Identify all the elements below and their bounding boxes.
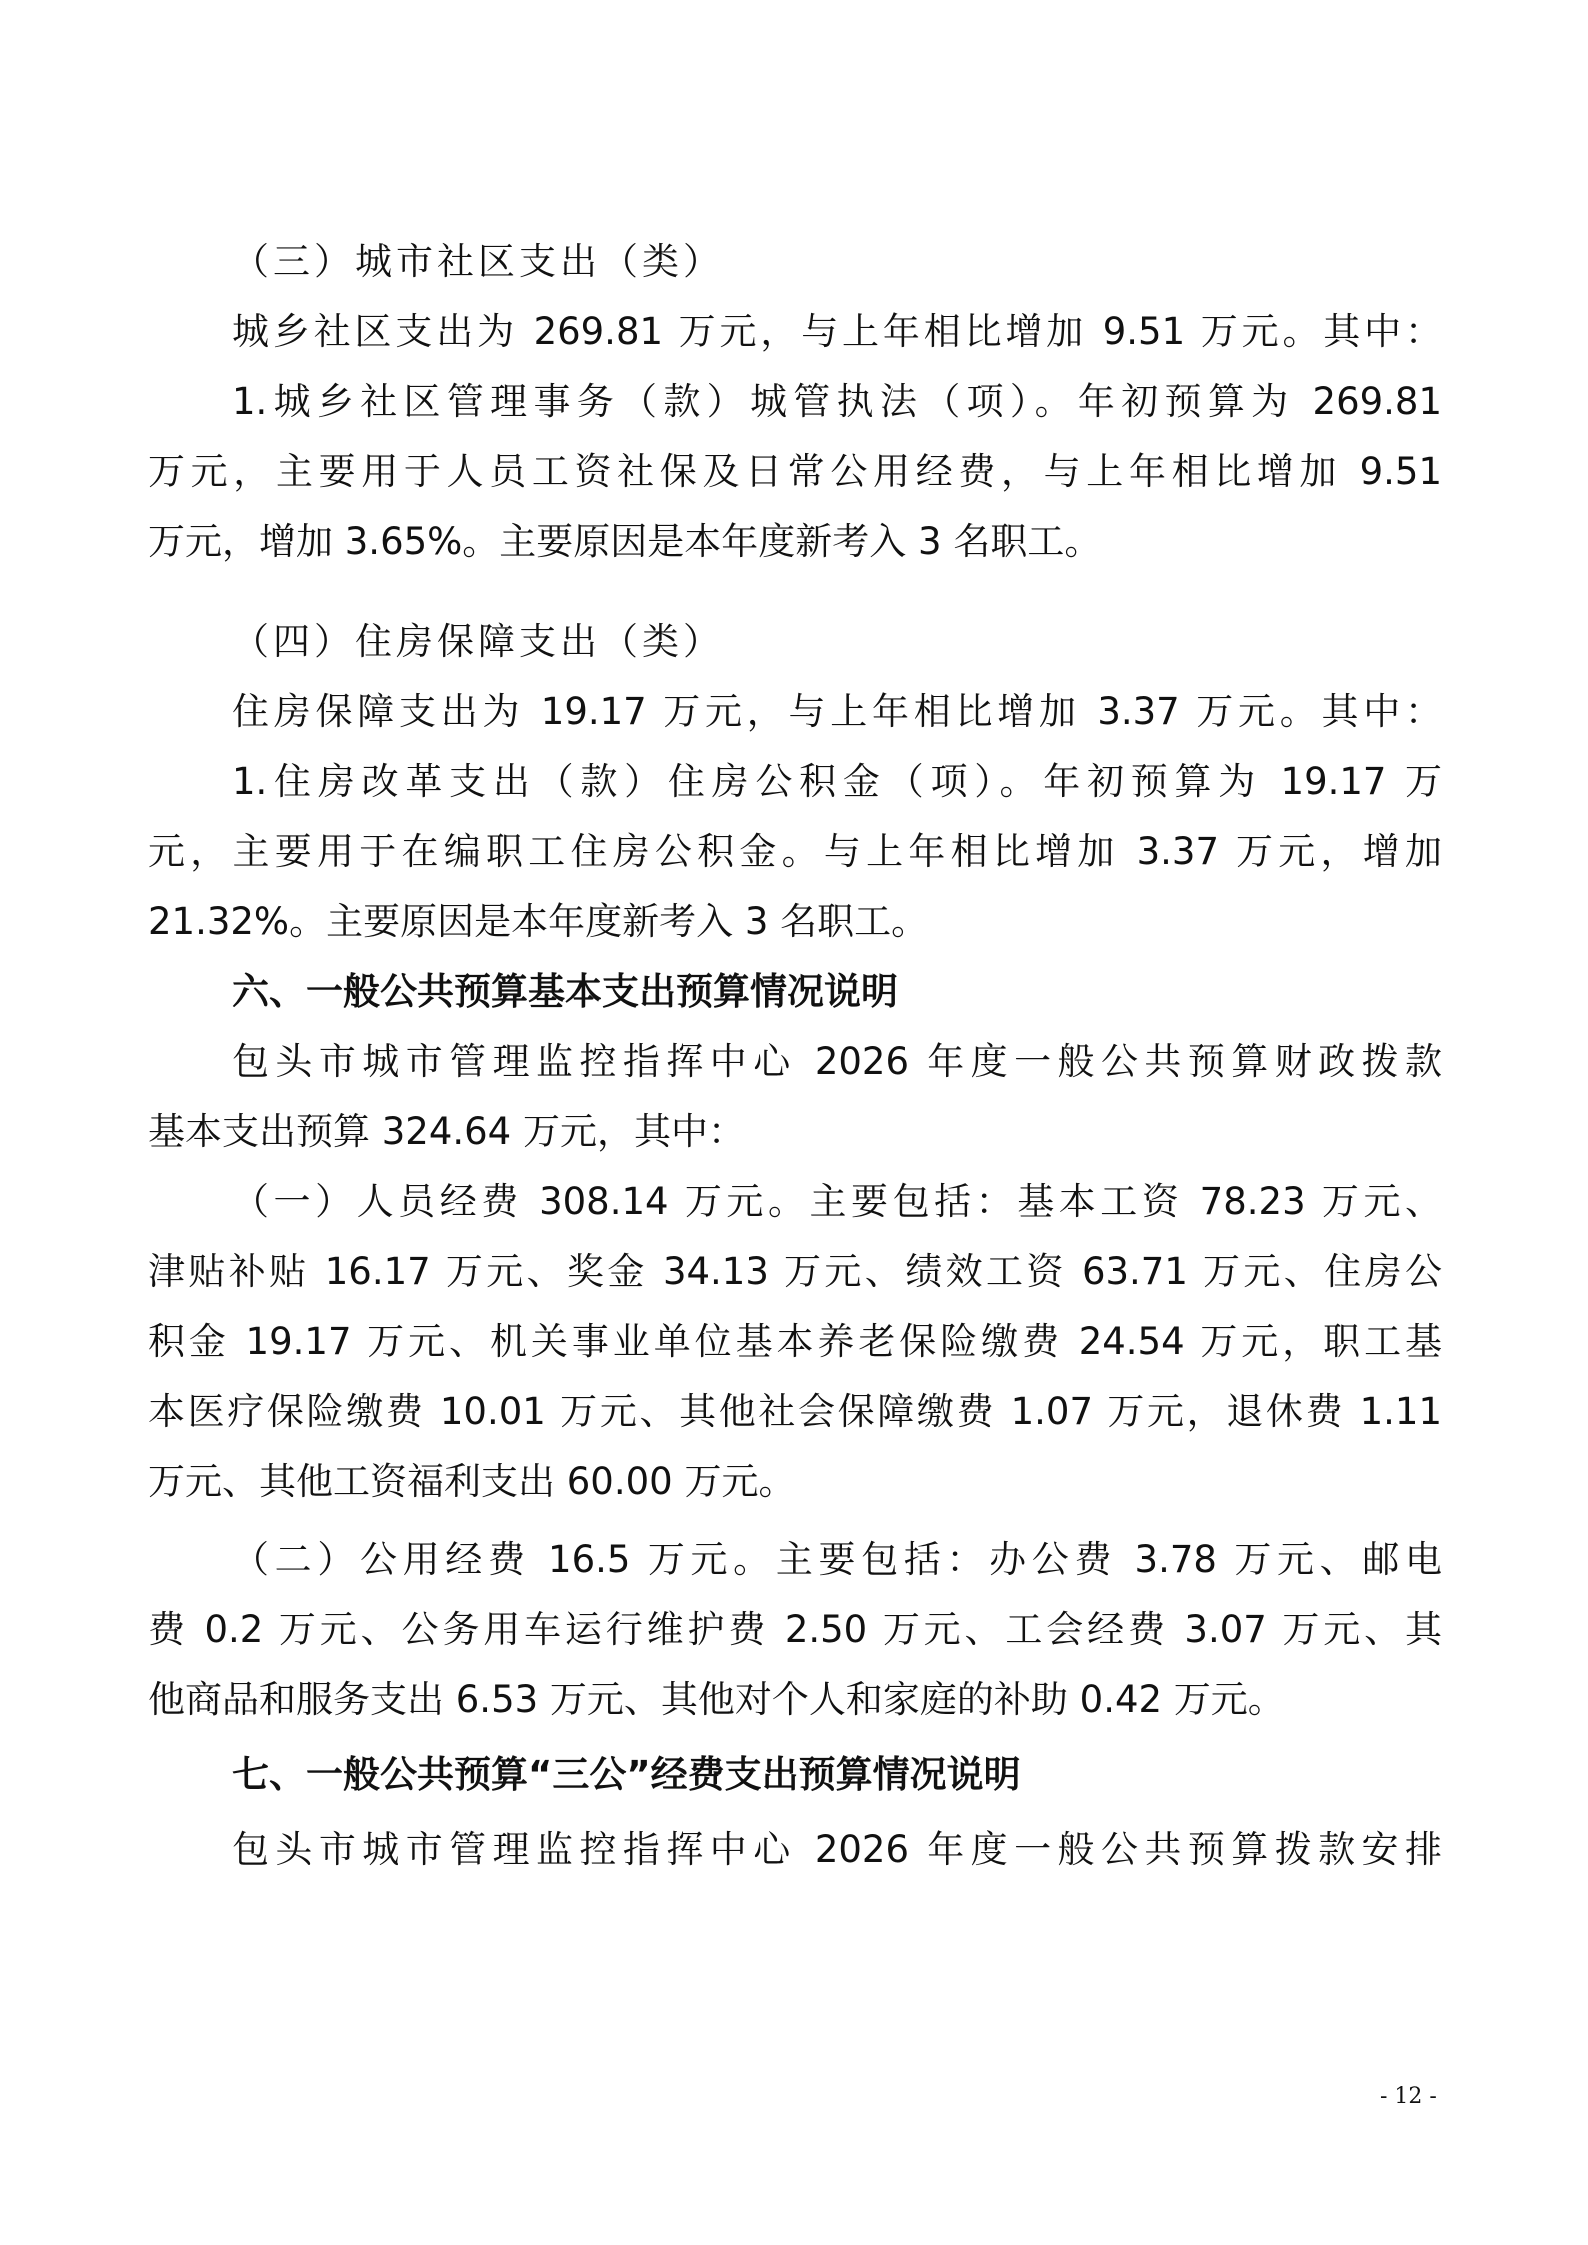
paragraph-line: 21.32%。主要原因是本年度新考入 3 名职工。 bbox=[148, 892, 1442, 952]
paragraph-line: 万元，主要用于人员工资社保及日常公用经费，与上年相比增加 9.51 bbox=[148, 442, 1442, 502]
paragraph-line: 万元，增加 3.65%。主要原因是本年度新考入 3 名职工。 bbox=[148, 512, 1442, 572]
paragraph-line: 包头市城市管理监控指挥中心 2026 年度一般公共预算拨款安排 bbox=[232, 1820, 1442, 1880]
paragraph-line: 积金 19.17 万元、机关事业单位基本养老保险缴费 24.54 万元，职工基 bbox=[148, 1312, 1442, 1372]
document-page: （三）城市社区支出（类） 城乡社区支出为 269.81 万元，与上年相比增加 9… bbox=[0, 0, 1588, 2245]
paragraph-line: 1.城乡社区管理事务（款）城管执法（项）。年初预算为 269.81 bbox=[232, 372, 1442, 432]
paragraph-line: 住房保障支出为 19.17 万元，与上年相比增加 3.37 万元。其中： bbox=[232, 682, 1442, 742]
paragraph-line: （二）公用经费 16.5 万元。主要包括：办公费 3.78 万元、邮电 bbox=[232, 1530, 1442, 1590]
paragraph-line: 本医疗保险缴费 10.01 万元、其他社会保障缴费 1.07 万元，退休费 1.… bbox=[148, 1382, 1442, 1442]
paragraph-line: 津贴补贴 16.17 万元、奖金 34.13 万元、绩效工资 63.71 万元、… bbox=[148, 1242, 1442, 1302]
paragraph-line: 基本支出预算 324.64 万元，其中： bbox=[148, 1102, 1442, 1162]
subheading-urban-community: （三）城市社区支出（类） bbox=[232, 232, 1442, 292]
paragraph-line: （一）人员经费 308.14 万元。主要包括：基本工资 78.23 万元、 bbox=[232, 1172, 1442, 1232]
subheading-housing: （四）住房保障支出（类） bbox=[232, 612, 1442, 672]
paragraph-line: 万元、其他工资福利支出 60.00 万元。 bbox=[148, 1452, 1442, 1512]
paragraph-line: 元，主要用于在编职工住房公积金。与上年相比增加 3.37 万元，增加 bbox=[148, 822, 1442, 882]
page-number: - 12 - bbox=[1380, 2084, 1437, 2109]
section-heading-three-public-expenses: 七、一般公共预算“三公”经费支出预算情况说明 bbox=[232, 1745, 1442, 1805]
paragraph-line: 他商品和服务支出 6.53 万元、其他对个人和家庭的补助 0.42 万元。 bbox=[148, 1670, 1442, 1730]
paragraph-line: 费 0.2 万元、公务用车运行维护费 2.50 万元、工会经费 3.07 万元、… bbox=[148, 1600, 1442, 1660]
section-heading-basic-expenditure: 六、一般公共预算基本支出预算情况说明 bbox=[232, 962, 1442, 1022]
paragraph-line: 包头市城市管理监控指挥中心 2026 年度一般公共预算财政拨款 bbox=[232, 1032, 1442, 1092]
paragraph-line: 1.住房改革支出（款）住房公积金（项）。年初预算为 19.17 万 bbox=[232, 752, 1442, 812]
paragraph-line: 城乡社区支出为 269.81 万元，与上年相比增加 9.51 万元。其中： bbox=[232, 302, 1442, 362]
